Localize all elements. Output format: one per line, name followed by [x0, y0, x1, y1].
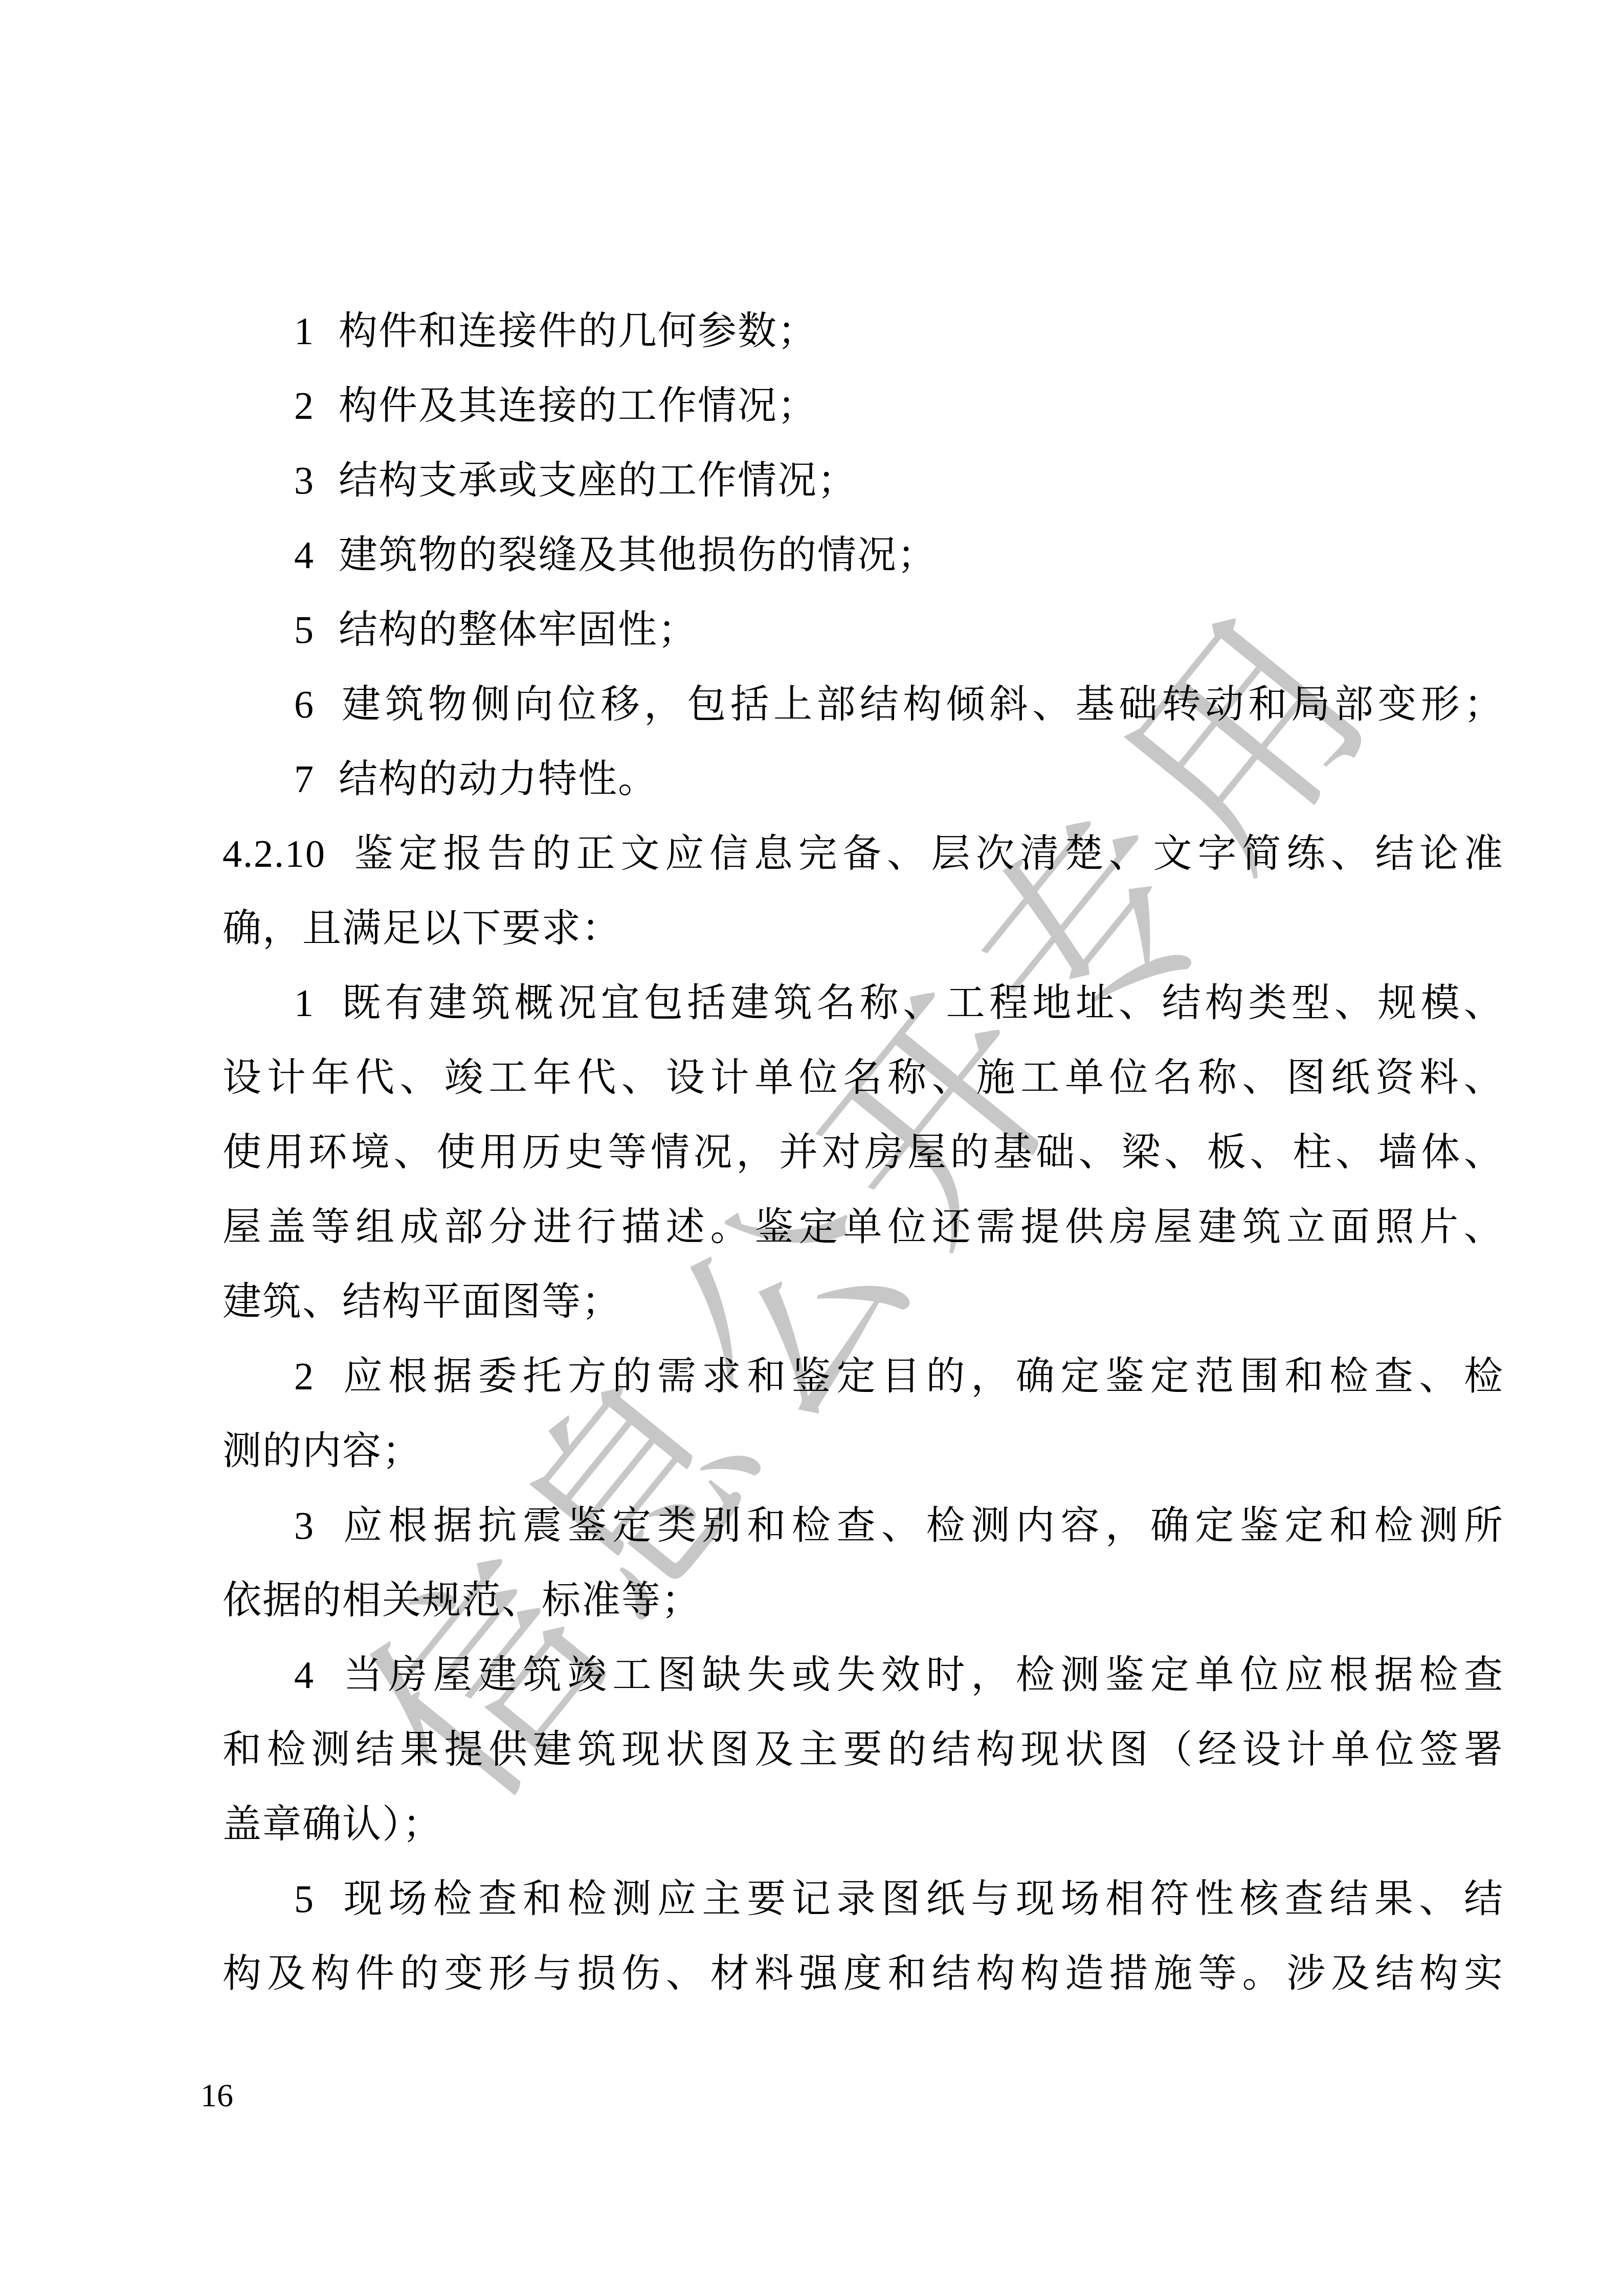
text-line: 构及构件的变形与损伤、材料强度和结构构造措施等。涉及结构实: [223, 1937, 1504, 2011]
text-line: 使用环境、使用历史等情况，并对房屋的基础、梁、板、柱、墙体、: [223, 1115, 1504, 1190]
text-line: 2 构件及其连接的工作情况；: [223, 369, 1504, 443]
text-line: 3 结构支承或支座的工作情况；: [223, 443, 1504, 518]
text-line: 依据的相关规范、标准等；: [223, 1563, 1504, 1638]
text-line: 和检测结果提供建筑现状图及主要的结构现状图（经设计单位签署: [223, 1713, 1504, 1787]
text-line: 测的内容；: [223, 1414, 1504, 1489]
text-line: 6 建筑物侧向位移，包括上部结构倾斜、基础转动和局部变形；: [223, 667, 1504, 742]
text-line: 确，且满足以下要求：: [223, 891, 1504, 966]
text-line: 设计年代、竣工年代、设计单位名称、施工单位名称、图纸资料、: [223, 1041, 1504, 1115]
text-line: 2 应根据委托方的需求和鉴定目的，确定鉴定范围和检查、检: [223, 1339, 1504, 1414]
text-line: 5 结构的整体牢固性；: [223, 593, 1504, 667]
text-line: 4 建筑物的裂缝及其他损伤的情况；: [223, 518, 1504, 593]
text-line: 4 当房屋建筑竣工图缺失或失效时，检测鉴定单位应根据检查: [223, 1638, 1504, 1713]
text-line: 4.2.10 鉴定报告的正文应信息完备、层次清楚、文字简练、结论准: [223, 817, 1504, 891]
text-line: 7 结构的动力特性。: [223, 742, 1504, 817]
text-line: 建筑、结构平面图等；: [223, 1265, 1504, 1339]
text-line: 屋盖等组成部分进行描述。鉴定单位还需提供房屋建筑立面照片、: [223, 1190, 1504, 1265]
page-number: 16: [201, 2075, 233, 2116]
text-line: 1 既有建筑概况宜包括建筑名称、工程地址、结构类型、规模、: [223, 966, 1504, 1041]
document-page: 信息公开专用 1 构件和连接件的几何参数；2 构件及其连接的工作情况；3 结构支…: [0, 0, 1624, 2296]
text-line: 1 构件和连接件的几何参数；: [223, 294, 1504, 369]
text-line: 盖章确认）；: [223, 1787, 1504, 1862]
text-line: 5 现场检查和检测应主要记录图纸与现场相符性核查结果、结: [223, 1862, 1504, 1937]
text-line: 3 应根据抗震鉴定类别和检查、检测内容，确定鉴定和检测所: [223, 1489, 1504, 1563]
document-body: 1 构件和连接件的几何参数；2 构件及其连接的工作情况；3 结构支承或支座的工作…: [223, 294, 1504, 2011]
